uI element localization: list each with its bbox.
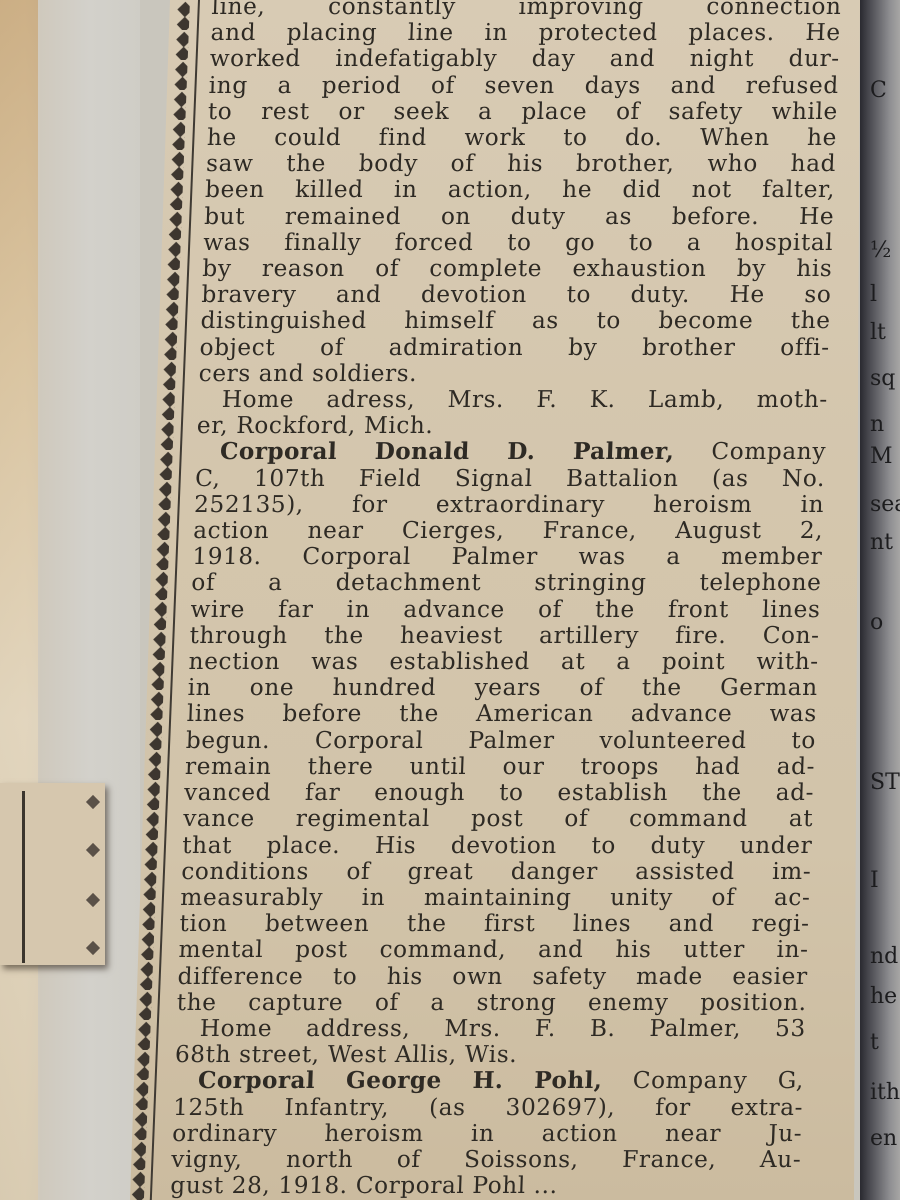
- article-line: Home adress, Mrs. F. K. Lamb, moth-: [197, 387, 828, 413]
- line-text: C, 107th Field Signal Battalion (as No.: [195, 465, 826, 492]
- line-text: of a detachment stringing telephone: [191, 569, 822, 596]
- line-text: through the heaviest artillery fire. Con…: [189, 622, 820, 649]
- article-line: 252135), for extraordinary heroism in: [194, 492, 825, 518]
- line-text: bravery and devotion to duty. He so: [201, 281, 832, 308]
- article-line: distinguished himself as to become the: [200, 308, 831, 334]
- article-line: of a detachment stringing telephone: [191, 570, 822, 596]
- article-line: wire far in advance of the front lines: [190, 597, 821, 623]
- diamond-icon: [86, 941, 100, 955]
- article-line: line, constantly improving connection: [211, 0, 842, 20]
- line-text: Home adress, Mrs. F. K. Lamb, moth-: [221, 386, 828, 413]
- article-line: 1918. Corporal Palmer was a member: [192, 544, 823, 570]
- line-text: mental post command, and his utter in-: [178, 936, 809, 963]
- background-book-page: C½lltsqnMseantoSTIndhetithen: [860, 0, 900, 1200]
- article-line: conditions of great danger assisted im-: [181, 859, 812, 885]
- article-line: er, Rockford, Mich.: [196, 413, 827, 439]
- line-text: tion between the first lines and regi-: [179, 910, 810, 937]
- background-text-fragment: ith: [870, 1080, 900, 1105]
- line-text: been killed in action, he did not falter…: [205, 176, 836, 203]
- article-line: vance regimental post of command at: [183, 806, 814, 832]
- line-text: that place. His devotion to duty under: [182, 832, 813, 859]
- article-line: ing a period of seven days and refused: [208, 73, 839, 99]
- background-text-fragment: nt: [870, 530, 893, 555]
- article-line: by reason of complete exhaustion by his: [202, 256, 833, 282]
- line-text: by reason of complete exhaustion by his: [202, 255, 833, 282]
- line-text: nection was established at a point with-: [188, 648, 819, 675]
- background-text-fragment: he: [870, 984, 897, 1009]
- line-text: 125th Infantry, (as 302697), for extra-: [173, 1094, 804, 1121]
- article-line: nection was established at a point with-: [188, 649, 819, 675]
- line-text: object of admiration by brother offi-: [199, 334, 830, 361]
- diamond-icon: [86, 795, 100, 809]
- line-text: cers and soldiers.: [198, 360, 417, 387]
- background-text-fragment: sq: [870, 366, 895, 391]
- line-text: er, Rockford, Mich.: [196, 412, 433, 439]
- line-text: measurably in maintaining unity of ac-: [180, 884, 811, 911]
- article-line: mental post command, and his utter in-: [178, 937, 809, 963]
- clipping-flap: [0, 783, 105, 965]
- diamond-icon: [86, 843, 100, 857]
- line-text: action near Cierges, France, August 2,: [193, 517, 824, 544]
- newspaper-clipping: line, constantly improving connectionand…: [130, 0, 860, 1200]
- article-text-column: line, constantly improving connectionand…: [170, 0, 842, 1199]
- article-line: the capture of a strong enemy position.: [176, 990, 807, 1016]
- article-line: Home address, Mrs. F. B. Palmer, 53: [175, 1016, 806, 1042]
- line-text: conditions of great danger assisted im-: [181, 858, 812, 885]
- background-text-fragment: o: [870, 610, 883, 635]
- background-text-fragment: en: [870, 1126, 897, 1151]
- line-text: but remained on duty as before. He: [204, 203, 835, 230]
- line-text: lines before the American advance was: [186, 700, 817, 727]
- article-line: gust 28, 1918. Corporal Pohl ...: [170, 1173, 801, 1199]
- article-line: through the heaviest artillery fire. Con…: [189, 623, 820, 649]
- article-line: he could find work to do. When he: [207, 125, 838, 151]
- diamond-icon: [86, 893, 100, 907]
- article-line: vigny, north of Soissons, France, Au-: [171, 1147, 802, 1173]
- line-text: and placing line in protected places. He: [210, 19, 841, 46]
- line-text: Company: [674, 438, 827, 465]
- background-text-fragment: I: [870, 868, 879, 893]
- line-text: in one hundred years of the German: [187, 674, 818, 701]
- line-text: saw the body of his brother, who had: [206, 150, 837, 177]
- background-text-fragment: sea: [870, 492, 900, 517]
- article-line: that place. His devotion to duty under: [182, 833, 813, 859]
- background-text-fragment: ½: [870, 238, 891, 263]
- background-text-fragment: n: [870, 412, 884, 437]
- article-line: Corporal George H. Pohl, Company G,: [174, 1068, 805, 1094]
- line-text: 68th street, West Allis, Wis.: [174, 1041, 517, 1068]
- background-text-fragment: ST: [870, 770, 900, 795]
- article-line: bravery and devotion to duty. He so: [201, 282, 832, 308]
- line-text: wire far in advance of the front lines: [190, 596, 821, 623]
- article-line: measurably in maintaining unity of ac-: [180, 885, 811, 911]
- article-line: object of admiration by brother offi-: [199, 335, 830, 361]
- flap-rule: [22, 791, 25, 963]
- line-text: begun. Corporal Palmer volunteered to: [185, 727, 816, 754]
- article-line: difference to his own safety made easier: [177, 964, 808, 990]
- background-text-fragment: M: [870, 444, 893, 469]
- line-text: line, constantly improving connection: [211, 0, 842, 20]
- background-text-fragment: t: [870, 1030, 879, 1055]
- album-stain: [0, 0, 38, 1200]
- line-text: Company G,: [602, 1067, 805, 1094]
- background-text-fragment: l: [870, 282, 877, 307]
- line-text: ing a period of seven days and refused: [208, 72, 839, 99]
- line-text: difference to his own safety made easier: [177, 963, 808, 990]
- article-line: but remained on duty as before. He: [204, 204, 835, 230]
- line-text: he could find work to do. When he: [207, 124, 838, 151]
- line-text: 1918. Corporal Palmer was a member: [192, 543, 823, 570]
- soldier-name: Corporal George H. Pohl,: [198, 1067, 603, 1094]
- article-line: C, 107th Field Signal Battalion (as No.: [195, 466, 826, 492]
- background-text-fragment: nd: [870, 944, 898, 969]
- line-text: worked indefatigably day and night dur-: [209, 45, 840, 72]
- line-text: was finally forced to go to a hospital: [203, 229, 834, 256]
- line-text: vigny, north of Soissons, France, Au-: [171, 1146, 802, 1173]
- article-line: and placing line in protected places. He: [210, 20, 841, 46]
- line-text: vanced far enough to establish the ad-: [184, 779, 815, 806]
- article-line: in one hundred years of the German: [187, 675, 818, 701]
- article-line: remain there until our troops had ad-: [185, 754, 816, 780]
- line-text: Home address, Mrs. F. B. Palmer, 53: [199, 1015, 806, 1042]
- article-line: Corporal Donald D. Palmer, Company: [196, 439, 827, 465]
- article-line: been killed in action, he did not falter…: [205, 177, 836, 203]
- background-text-fragment: C: [870, 78, 887, 103]
- article-line: saw the body of his brother, who had: [206, 151, 837, 177]
- line-text: ordinary heroism in action near Ju-: [172, 1120, 803, 1147]
- article-line: was finally forced to go to a hospital: [203, 230, 834, 256]
- line-text: gust 28, 1918. Corporal Pohl ...: [170, 1172, 558, 1199]
- article-line: lines before the American advance was: [186, 701, 817, 727]
- line-text: remain there until our troops had ad-: [185, 753, 816, 780]
- line-text: vance regimental post of command at: [183, 805, 814, 832]
- soldier-name: Corporal Donald D. Palmer,: [220, 438, 675, 465]
- background-text-fragment: lt: [870, 320, 886, 345]
- line-text: to rest or seek a place of safety while: [207, 98, 838, 125]
- article-line: begun. Corporal Palmer volunteered to: [185, 728, 816, 754]
- article-line: vanced far enough to establish the ad-: [184, 780, 815, 806]
- line-text: distinguished himself as to become the: [200, 307, 831, 334]
- article-line: to rest or seek a place of safety while: [207, 99, 838, 125]
- line-text: 252135), for extraordinary heroism in: [194, 491, 825, 518]
- article-line: 68th street, West Allis, Wis.: [174, 1042, 805, 1068]
- line-text: the capture of a strong enemy position.: [176, 989, 807, 1016]
- article-line: ordinary heroism in action near Ju-: [172, 1121, 803, 1147]
- article-line: 125th Infantry, (as 302697), for extra-: [173, 1095, 804, 1121]
- article-line: tion between the first lines and regi-: [179, 911, 810, 937]
- article-line: cers and soldiers.: [198, 361, 829, 387]
- article-line: worked indefatigably day and night dur-: [209, 46, 840, 72]
- article-line: action near Cierges, France, August 2,: [193, 518, 824, 544]
- album-page-left: [0, 0, 140, 1200]
